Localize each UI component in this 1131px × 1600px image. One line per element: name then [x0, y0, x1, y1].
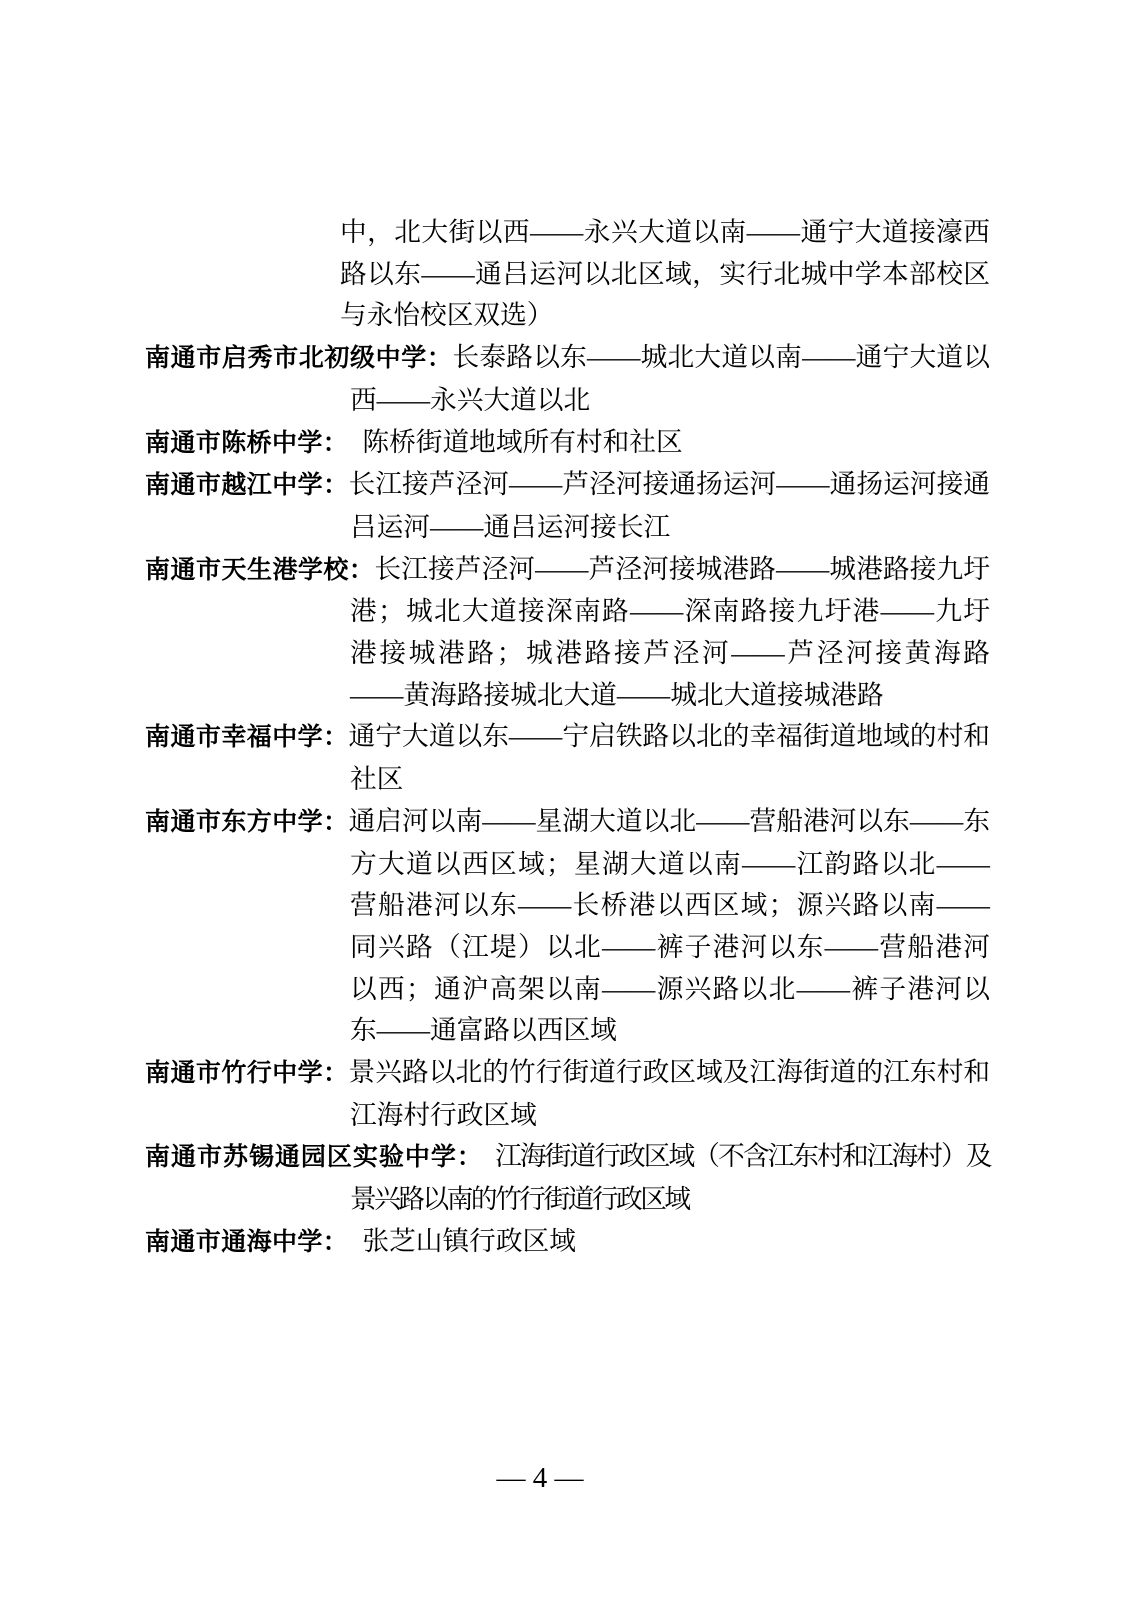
page-number: — 4 —: [497, 1462, 584, 1494]
school-name: 南通市启秀市北初级中学：: [145, 344, 452, 372]
school-name: 南通市苏锡通园区实验中学：: [145, 1143, 470, 1171]
district-description: 张芝山镇行政区域: [336, 1226, 576, 1256]
school-name: 南通市幸福中学：: [145, 723, 349, 751]
school-district-entry: 南通市苏锡通园区实验中学： 江海街道行政区域（不含江东村和江海村）及景兴路以南的…: [145, 1136, 990, 1220]
school-name: 南通市陈桥中学：: [145, 429, 336, 457]
school-district-entry: 南通市幸福中学：通宁大道以东——宁启铁路以北的幸福街道地域的村和社区: [145, 716, 990, 800]
document-page: 中，北大街以西——永兴大道以南——通宁大道接濠西路以东——通吕运河以北区域，实行…: [0, 0, 1131, 1600]
school-name: 南通市东方中学：: [145, 808, 349, 836]
school-name: 南通市天生港学校：: [145, 556, 374, 584]
school-district-entry: 南通市越江中学：长江接芦泾河——芦泾河接通扬运河——通扬运河接通吕运河——通吕运…: [145, 464, 990, 548]
district-description: 长江接芦泾河——芦泾河接城港路——城港路接九圩港；城北大道接深南路——深南路接九…: [350, 554, 990, 710]
school-name: 南通市越江中学：: [145, 471, 349, 499]
page-number-text: — 4 —: [497, 1462, 584, 1494]
school-district-entry: 南通市启秀市北初级中学：长泰路以东——城北大道以南——通宁大道以西——永兴大道以…: [145, 337, 990, 421]
school-district-entry: 南通市通海中学： 张芝山镇行政区域: [145, 1221, 990, 1264]
school-district-entry: 南通市竹行中学：景兴路以北的竹行街道行政区域及江海街道的江东村和江海村行政区域: [145, 1052, 990, 1136]
school-name: 南通市竹行中学：: [145, 1059, 349, 1087]
district-description: 通宁大道以东——宁启铁路以北的幸福街道地域的村和社区: [349, 721, 990, 794]
district-description: 陈桥街道地域所有村和社区: [336, 427, 683, 457]
school-name: 南通市通海中学：: [145, 1228, 336, 1256]
school-district-entry: 南通市东方中学：通启河以南——星湖大道以北——营船港河以东——东方大道以西区域；…: [145, 801, 990, 1052]
continuation-paragraph: 中，北大街以西——永兴大道以南——通宁大道接濠西路以东——通吕运河以北区域，实行…: [340, 212, 990, 337]
district-description: 长江接芦泾河——芦泾河接通扬运河——通扬运河接通吕运河——通吕运河接长江: [349, 469, 990, 542]
school-district-entry: 南通市天生港学校：长江接芦泾河——芦泾河接城港路——城港路接九圩港；城北大道接深…: [145, 549, 990, 717]
district-description: 景兴路以北的竹行街道行政区域及江海街道的江东村和江海村行政区域: [349, 1057, 990, 1130]
body-text: 中，北大街以西——永兴大道以南——通宁大道接濠西路以东——通吕运河以北区域，实行…: [145, 212, 990, 1264]
district-description: 通启河以南——星湖大道以北——营船港河以东——东方大道以西区域；星湖大道以南——…: [349, 806, 990, 1046]
school-district-entry: 南通市陈桥中学： 陈桥街道地域所有村和社区: [145, 422, 990, 465]
